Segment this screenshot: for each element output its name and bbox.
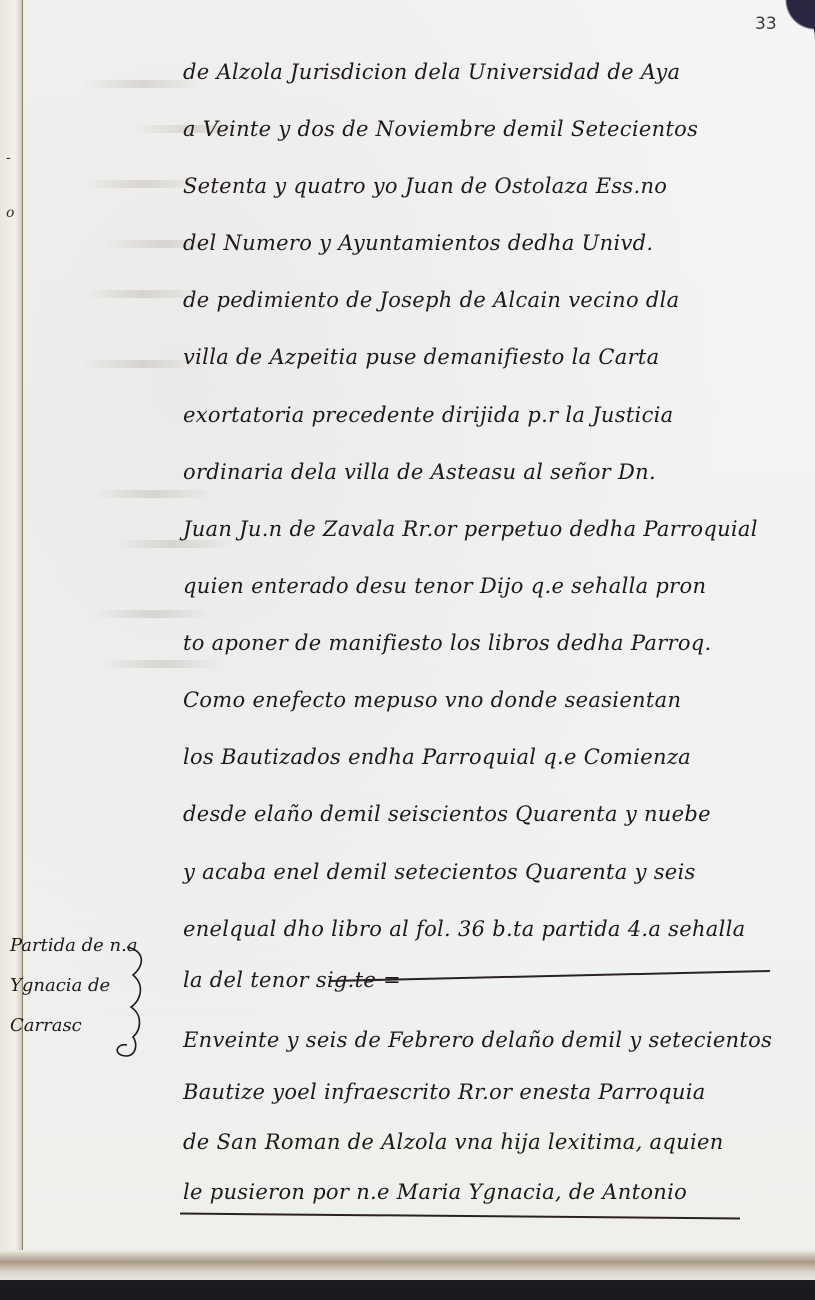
text-line: Bautize yoel infraescrito Rr.or enesta P…: [183, 1080, 706, 1104]
text-line: de San Roman de Alzola vna hija lexitima…: [183, 1130, 724, 1154]
facing-page-edge: - o: [0, 0, 23, 1260]
text-line: Setenta y quatro yo Juan de Ostolaza Ess…: [183, 174, 667, 198]
text-line: ordinaria dela villa de Asteasu al señor…: [183, 460, 656, 484]
text-line: a Veinte y dos de Noviembre demil Seteci…: [183, 117, 698, 141]
text-line: de pedimiento de Joseph de Alcain vecino…: [183, 288, 680, 312]
facing-page-mark: -: [6, 150, 11, 166]
text-line: Enveinte y seis de Febrero delaño demil …: [183, 1028, 772, 1052]
bleed-through-ink: [93, 610, 213, 618]
text-line: quien enterado desu tenor Dijo q.e sehal…: [183, 574, 706, 598]
margin-note-line: Carrasc: [10, 1015, 82, 1036]
text-line: exortatoria precedente dirijida p.r la J…: [183, 403, 673, 427]
bleed-through-ink: [113, 540, 233, 548]
text-line: le pusieron por n.e Maria Ygnacia, de An…: [183, 1180, 687, 1204]
text-line: del Numero y Ayuntamientos dedha Univd.: [183, 231, 653, 255]
margin-brace-icon: [115, 945, 155, 1065]
text-line: villa de Azpeitia puse demanifiesto la C…: [183, 345, 659, 369]
facing-page-mark: o: [6, 205, 14, 221]
scan-background: [0, 1282, 815, 1300]
bleed-through-ink: [103, 660, 223, 668]
bleed-through-ink: [93, 490, 213, 498]
text-line: to aponer de manifiesto los libros dedha…: [183, 631, 712, 655]
text-line: los Bautizados endha Parroquial q.e Comi…: [183, 745, 691, 769]
text-line: de Alzola Jurisdicion dela Universidad d…: [183, 60, 680, 84]
text-line: Juan Ju.n de Zavala Rr.or perpetuo dedha…: [183, 517, 758, 541]
text-line: Como enefecto mepuso vno donde seasienta…: [183, 688, 681, 712]
folio-number: 33: [755, 14, 777, 34]
text-line: y acaba enel demil setecientos Quarenta …: [183, 860, 696, 884]
text-line: enelqual dho libro al fol. 36 b.ta parti…: [183, 917, 745, 941]
manuscript-scan: - o 33 de Alzola Jurisdicion dela Univer…: [0, 0, 815, 1300]
water-stain: [0, 1250, 815, 1280]
text-line: desde elaño demil seiscientos Quarenta y…: [183, 802, 711, 826]
margin-note-line: Ygnacia de: [10, 975, 110, 996]
